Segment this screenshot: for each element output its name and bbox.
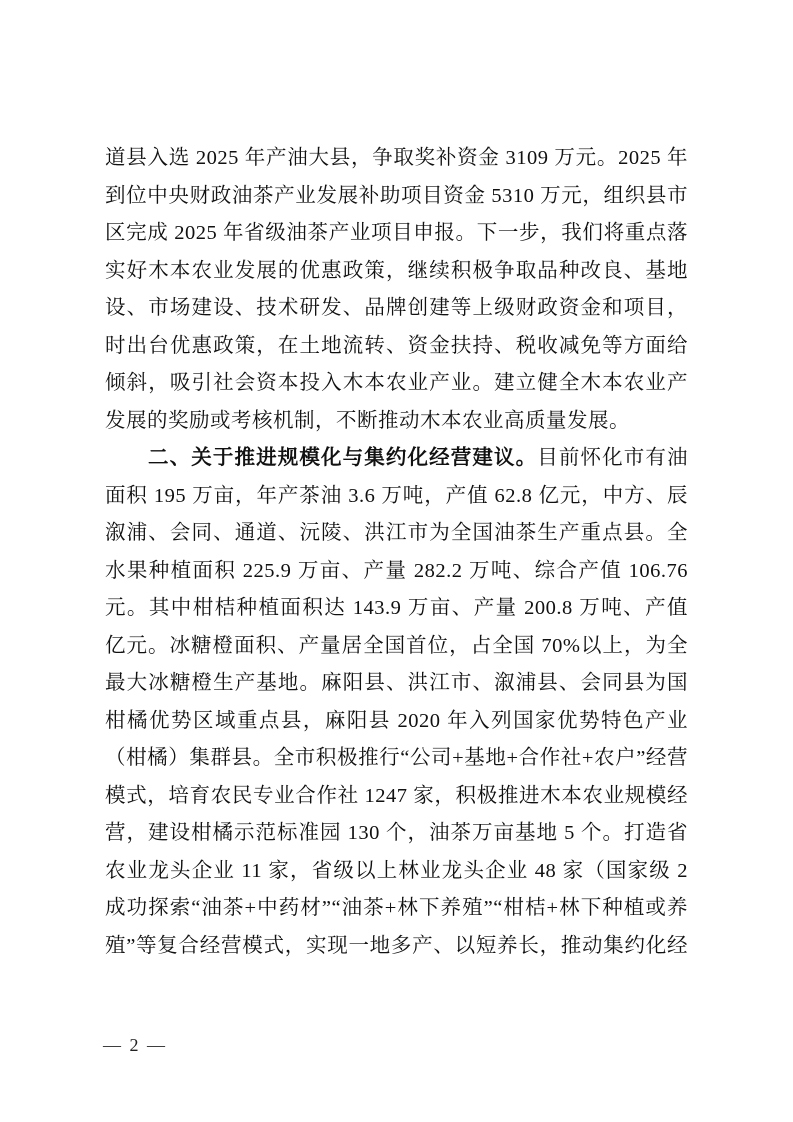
text-line: 水果种植面积 225.9 万亩、产量 282.2 万吨、综合产值 106.76 … — [105, 553, 688, 591]
text-line: 模式，培育农民专业合作社 1247 家，积极推进木本农业规模经 — [105, 778, 688, 816]
text-line: 殖”等复合经营模式，实现一地多产、以短养长，推动集约化经 — [105, 928, 688, 966]
text-line: 元。其中柑桔种植面积达 143.9 万亩、产量 200.8 万吨、产值 66.2 — [105, 590, 688, 628]
text-line: 发展的奖励或考核机制，不断推动木本农业高质量发展。 — [105, 403, 688, 441]
text-line: 区完成 2025 年省级油茶产业项目申报。下一步，我们将重点落 — [105, 215, 688, 253]
section-heading: 二、关于推进规模化与集约化经营建议。 — [148, 447, 537, 469]
text-line: 道县入选 2025 年产油大县，争取奖补资金 3109 万元。2025 年 — [105, 140, 688, 178]
text-line: 农业龙头企业 11 家，省级以上林业龙头企业 48 家（国家级 2 家）。 — [105, 853, 688, 891]
text-line: 柑橘优势区域重点县，麻阳县 2020 年入列国家优势特色产业 — [105, 703, 688, 741]
text-line: 亿元。冰糖橙面积、产量居全国首位，占全国 70%以上，为全国 — [105, 628, 688, 666]
text-line: 到位中央财政油茶产业发展补助项目资金 5310 万元，组织县市 — [105, 178, 688, 216]
text-line: 溆浦、会同、通道、沅陵、洪江市为全国油茶生产重点县。全市 — [105, 515, 688, 553]
text-line: 成功探索“油茶+中药材”“油茶+林下养殖”“柑桔+林下种植或养 — [105, 890, 688, 928]
text-line: 最大冰糖橙生产基地。麻阳县、洪江市、溆浦县、会同县为国家 — [105, 665, 688, 703]
page-number: — 2 — — [103, 1030, 167, 1060]
text-line: 营，建设柑橘示范标准园 130 个，油茶万亩基地 5 个。打造省级 — [105, 815, 688, 853]
text-line: 二、关于推进规模化与集约化经营建议。目前怀化市有油茶 — [105, 440, 688, 478]
text-line: 倾斜，吸引社会资本投入木本农业产业。建立健全木本农业产业 — [105, 365, 688, 403]
document-page: 道县入选 2025 年产油大县，争取奖补资金 3109 万元。2025 年 到位… — [0, 0, 793, 1122]
text-line: 面积 195 万亩，年产茶油 3.6 万吨，产值 62.8 亿元，中方、辰溪、 — [105, 478, 688, 516]
paragraph-2: 二、关于推进规模化与集约化经营建议。目前怀化市有油茶 面积 195 万亩，年产茶… — [105, 440, 688, 965]
text-line: 设、市场建设、技术研发、品牌创建等上级财政资金和项目，同 — [105, 290, 688, 328]
paragraph-1: 道县入选 2025 年产油大县，争取奖补资金 3109 万元。2025 年 到位… — [105, 140, 688, 440]
document-body: 道县入选 2025 年产油大县，争取奖补资金 3109 万元。2025 年 到位… — [105, 140, 688, 965]
text-line: 时出台优惠政策，在土地流转、资金扶持、税收减免等方面给予 — [105, 328, 688, 366]
text-line: （柑橘）集群县。全市积极推行“公司+基地+合作社+农户”经营 — [105, 740, 688, 778]
text-line: 实好木本农业发展的优惠政策，继续积极争取品种改良、基地建 — [105, 253, 688, 291]
